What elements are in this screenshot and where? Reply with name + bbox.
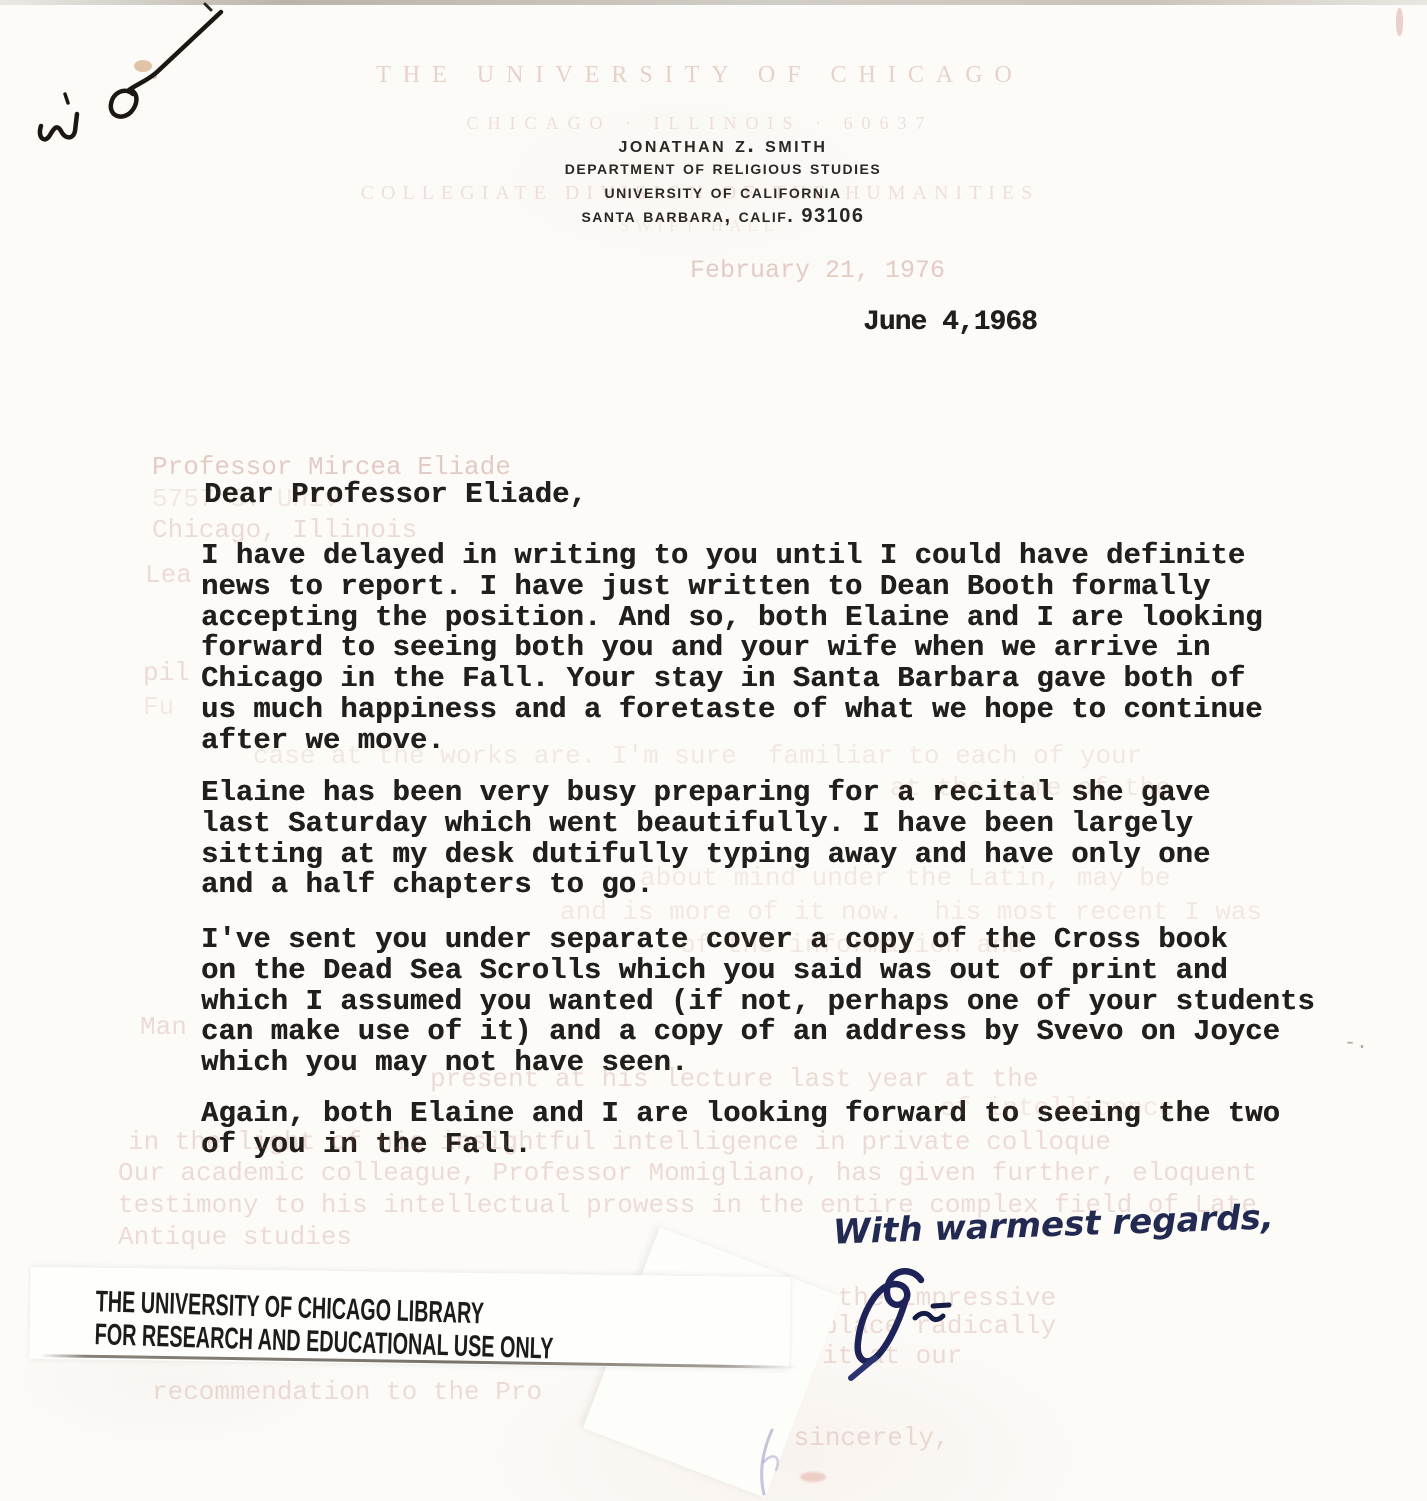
ghost-fragment: Man [140, 1012, 187, 1042]
pen-scribble [25, 2, 255, 152]
ghost-fragment: Lea [145, 560, 192, 590]
pen-scribble-icon [25, 2, 255, 152]
ghost-fragment: recommendation to the Pro [152, 1377, 542, 1407]
scanned-letter-page: THE UNIVERSITY OF CHICAGO CHICAGO · ILLI… [0, 0, 1427, 1501]
red-smudge [800, 1472, 826, 1482]
ghost-fragment: present at his lecture last year at the [430, 1064, 1039, 1094]
signature-ink-icon [845, 1262, 975, 1392]
letter-date: June 4,1968 [863, 308, 1037, 339]
ghost-fragment: in the light of his insightful intellige… [128, 1127, 1111, 1157]
ghost-fragment: Our academic colleague, Professor Momigl… [118, 1158, 1257, 1188]
ghost-fragment: of the information and [680, 930, 1023, 960]
ghost-fragment: case at the works are. I'm sure familiar… [253, 741, 1142, 771]
ghost-ink-stroke-icon [742, 1428, 812, 1501]
ghost-fragment: pil [143, 658, 190, 688]
ghost-fragment: and is more of it now. his most recent I… [560, 897, 1262, 927]
ghost-date: February 21, 1976 [690, 256, 945, 285]
ghost-ink-stroke [742, 1428, 812, 1501]
ghost-fragment: at the time of the [890, 773, 1171, 803]
signature-jim: Jim [845, 1262, 975, 1392]
salutation: Dear Professor Eliade, [204, 480, 587, 511]
ghost-fragment: Fu [143, 692, 174, 722]
letterhead-university: University of California [0, 181, 1427, 204]
letterhead-department: Department of Religious Studies [0, 157, 1427, 180]
ghost-fragment: Antique studies [118, 1222, 352, 1252]
letterhead-city: Santa Barbara, Calif. 93106 [0, 205, 1427, 228]
paper-speck [1396, 8, 1403, 36]
body-paragraph-1: I have delayed in writing to you until I… [201, 541, 1381, 757]
ghost-fragment: about mind under the Latin, may be [640, 863, 1171, 893]
ghost-fragment: of intelligence [940, 1093, 1174, 1123]
pencil-mark: -. [1344, 1032, 1368, 1055]
